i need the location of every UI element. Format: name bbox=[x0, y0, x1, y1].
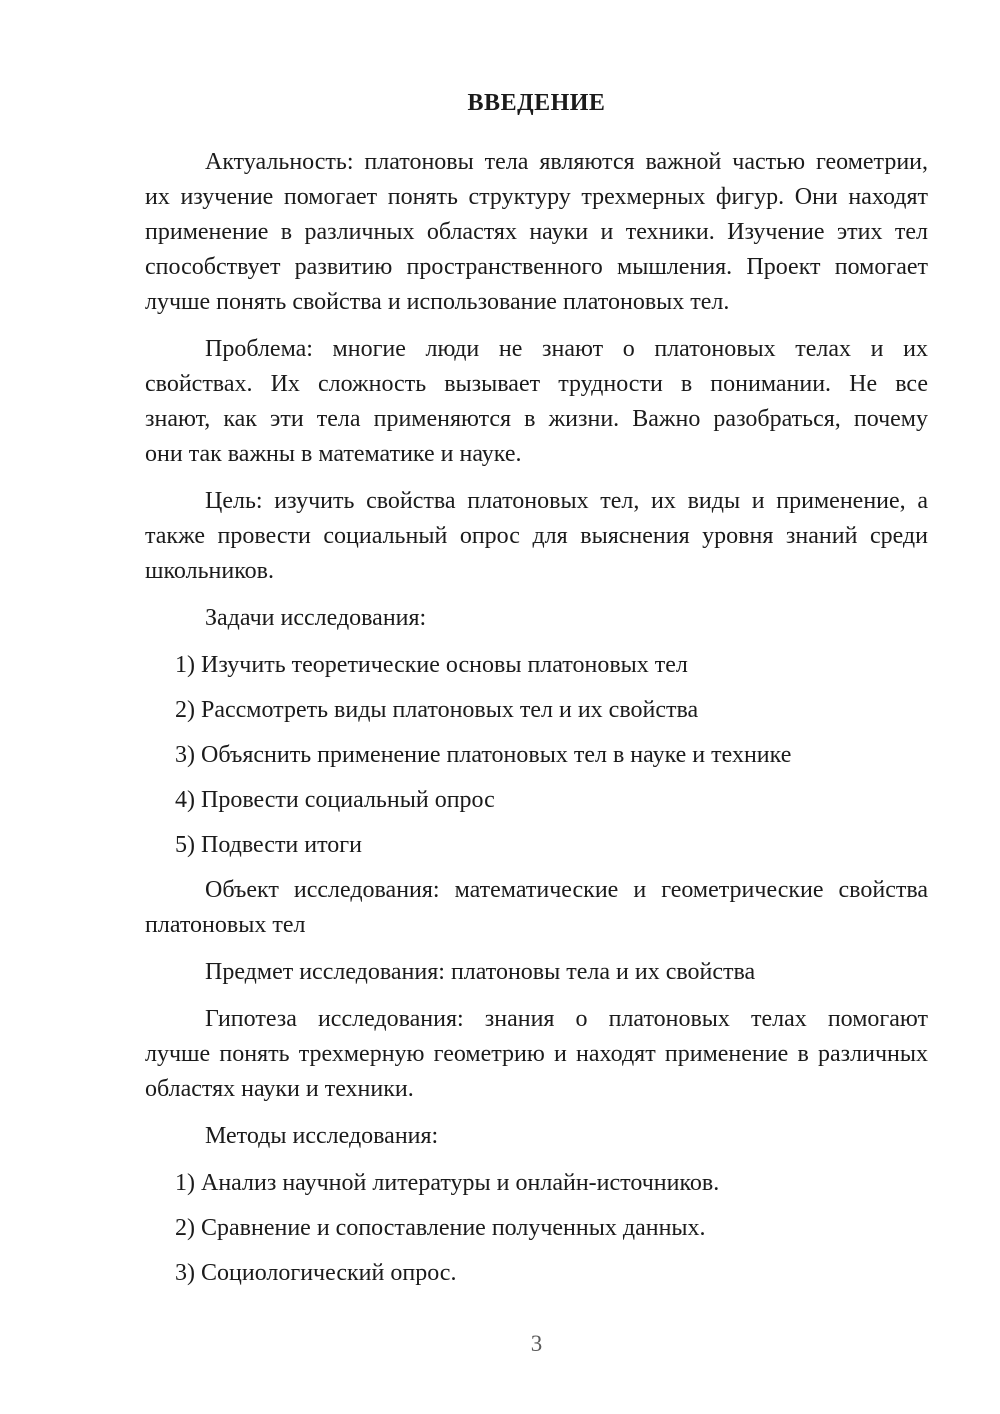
text-line: 2) Рассмотреть виды платоновых тел и их … bbox=[175, 693, 928, 728]
document-body: Актуальность: платоновы тела являются ва… bbox=[145, 145, 928, 1291]
page-number: 3 bbox=[145, 1326, 928, 1361]
text-line: школьников. bbox=[145, 554, 928, 589]
text-line: лучше понять трехмерную геометрию и нахо… bbox=[145, 1037, 928, 1072]
text-line: их изучение помогает понять структуру тр… bbox=[145, 180, 928, 215]
list-item: 3) Социологический опрос. bbox=[145, 1256, 928, 1291]
text-line: они так важны в математике и науке. bbox=[145, 437, 928, 472]
text-line: также провести социальный опрос для выяс… bbox=[145, 519, 928, 554]
text-line: Методы исследования: bbox=[145, 1119, 928, 1154]
text-line: 3) Социологический опрос. bbox=[175, 1256, 928, 1291]
text-line: Объект исследования: математические и ге… bbox=[145, 873, 928, 908]
text-line: Актуальность: платоновы тела являются ва… bbox=[145, 145, 928, 180]
text-line: 2) Сравнение и сопоставление полученных … bbox=[175, 1211, 928, 1246]
list-item: 2) Рассмотреть виды платоновых тел и их … bbox=[145, 693, 928, 728]
paragraph: Объект исследования: математические и ге… bbox=[145, 873, 928, 943]
text-line: Предмет исследования: платоновы тела и и… bbox=[145, 955, 928, 990]
paragraph: Предмет исследования: платоновы тела и и… bbox=[145, 955, 928, 990]
text-line: 4) Провести социальный опрос bbox=[175, 783, 928, 818]
text-line: свойствах. Их сложность вызывает труднос… bbox=[145, 367, 928, 402]
text-line: Задачи исследования: bbox=[145, 601, 928, 636]
paragraph: Методы исследования: bbox=[145, 1119, 928, 1154]
list-item: 4) Провести социальный опрос bbox=[145, 783, 928, 818]
list-item: 2) Сравнение и сопоставление полученных … bbox=[145, 1211, 928, 1246]
text-line: 1) Изучить теоретические основы платонов… bbox=[175, 648, 928, 683]
text-line: Цель: изучить свойства платоновых тел, и… bbox=[145, 484, 928, 519]
paragraph: Гипотеза исследования: знания о платонов… bbox=[145, 1002, 928, 1107]
text-line: 1) Анализ научной литературы и онлайн-ис… bbox=[175, 1166, 928, 1201]
paragraph: Цель: изучить свойства платоновых тел, и… bbox=[145, 484, 928, 589]
text-line: платоновых тел bbox=[145, 908, 928, 943]
paragraph: Актуальность: платоновы тела являются ва… bbox=[145, 145, 928, 320]
paragraph: Проблема: многие люди не знают о платоно… bbox=[145, 332, 928, 472]
text-line: Гипотеза исследования: знания о платонов… bbox=[145, 1002, 928, 1037]
paragraph: Задачи исследования: bbox=[145, 601, 928, 636]
list-item: 1) Изучить теоретические основы платонов… bbox=[145, 648, 928, 683]
text-line: лучше понять свойства и использование пл… bbox=[145, 285, 928, 320]
text-line: Проблема: многие люди не знают о платоно… bbox=[145, 332, 928, 367]
page-title: ВВЕДЕНИЕ bbox=[145, 86, 928, 121]
text-line: способствует развитию пространственного … bbox=[145, 250, 928, 285]
text-line: 5) Подвести итоги bbox=[175, 828, 928, 863]
text-line: областях науки и техники. bbox=[145, 1072, 928, 1107]
text-line: применение в различных областях науки и … bbox=[145, 215, 928, 250]
text-line: знают, как эти тела применяются в жизни.… bbox=[145, 402, 928, 437]
text-line: 3) Объяснить применение платоновых тел в… bbox=[175, 738, 928, 773]
list-item: 1) Анализ научной литературы и онлайн-ис… bbox=[145, 1166, 928, 1201]
list-item: 5) Подвести итоги bbox=[145, 828, 928, 863]
list-item: 3) Объяснить применение платоновых тел в… bbox=[145, 738, 928, 773]
document-page: ВВЕДЕНИЕ Актуальность: платоновы тела яв… bbox=[0, 0, 1000, 1414]
